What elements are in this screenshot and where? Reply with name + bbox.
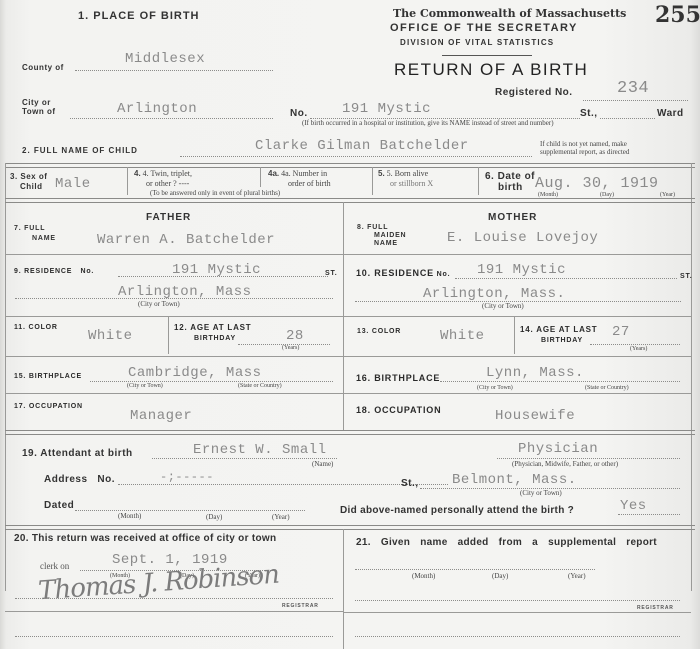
office-title: OFFICE OF THE SECRETARY xyxy=(390,22,578,34)
father-color-value: White xyxy=(88,328,133,344)
order-label: 4a. 4a. Number in order of birth xyxy=(268,169,331,189)
father-occupation-label: 17. OCCUPATION xyxy=(14,403,83,410)
street-no-label: No. xyxy=(290,108,308,119)
attendant-address-no: -;----- xyxy=(160,470,214,484)
mother-birthplace-label: 16. BIRTHPLACE xyxy=(356,373,440,383)
mother-name-value: E. Louise Lovejoy xyxy=(447,230,598,246)
registered-number: 234 xyxy=(617,79,649,98)
mother-age-label: 14. AGE AT LAST BIRTHDAY xyxy=(520,324,598,346)
city-label: City or Town of xyxy=(22,98,56,116)
mother-occupation-value: Housewife xyxy=(495,408,575,424)
attend-question: Did above-named personally attend the bi… xyxy=(340,505,574,516)
registrar-label-21: REGISTRAR xyxy=(637,605,674,611)
birth-address-value: 191 Mystic xyxy=(342,101,431,117)
county-label: County of xyxy=(22,63,64,72)
sex-value: Male xyxy=(55,176,91,192)
father-heading: FATHER xyxy=(146,212,191,223)
ward-label: Ward xyxy=(657,108,684,119)
father-name-value: Warren A. Batchelder xyxy=(97,232,275,248)
plural-births-note: (To be answered only in event of plural … xyxy=(150,189,280,197)
mother-occupation-label: 18. OCCUPATION xyxy=(356,405,441,415)
dob-label: 6. Date of birth xyxy=(485,171,535,193)
birth-certificate-page: 1. PLACE OF BIRTH The Commonwealth of Ma… xyxy=(0,0,700,649)
dob-value: Aug. 30, 1919 xyxy=(535,175,659,192)
mother-color-value: White xyxy=(440,328,485,344)
attendant-city-value: Belmont, Mass. xyxy=(452,472,577,488)
commonwealth-title: The Commonwealth of Massachusetts xyxy=(393,7,626,20)
mother-age-value: 27 xyxy=(612,324,630,340)
twin-label: 4. 4. Twin, triplet, or other ? ---- xyxy=(134,169,192,189)
attend-answer: Yes xyxy=(620,498,647,514)
father-occupation-value: Manager xyxy=(130,408,192,424)
child-name-label: 2. FULL NAME OF CHILD xyxy=(22,146,138,155)
attendant-label: 19. Attendant at birth xyxy=(22,448,133,459)
attendant-type-value: Physician xyxy=(518,441,598,457)
father-residence-street: 191 Mystic xyxy=(172,262,261,278)
registrar-label-20: REGISTRAR xyxy=(282,603,319,609)
mother-residence-city: Arlington, Mass. xyxy=(423,286,565,302)
father-birthplace-value: Cambridge, Mass xyxy=(128,365,262,381)
place-of-birth-heading: 1. PLACE OF BIRTH xyxy=(78,10,200,22)
father-birthplace-label: 15. BIRTHPLACE xyxy=(14,373,82,380)
mother-birthplace-value: Lynn, Mass. xyxy=(486,365,584,381)
hospital-note: (If birth occurred in a hospital or inst… xyxy=(302,119,554,127)
born-alive-value: or stillborn X xyxy=(378,179,433,189)
mother-residence-street: 191 Mystic xyxy=(477,262,566,278)
mother-residence-label: 10. RESIDENCE No. xyxy=(356,268,450,278)
page-number: 255 xyxy=(655,2,700,28)
division-title: DIVISION OF VITAL STATISTICS xyxy=(400,38,554,47)
dated-label: Dated xyxy=(44,500,74,511)
form-title: RETURN OF A BIRTH xyxy=(394,60,588,80)
header-rule xyxy=(442,55,532,56)
received-label: 20. This return was received at office o… xyxy=(14,533,276,544)
mother-color-label: 13. COLOR xyxy=(357,328,401,335)
sex-label: 3. Sex of Child xyxy=(10,172,47,192)
twin-value: ---- xyxy=(179,179,190,188)
father-residence-city: Arlington, Mass xyxy=(118,284,252,300)
clerk-on-label: clerk on xyxy=(40,561,69,571)
mother-heading: MOTHER xyxy=(488,212,537,223)
supplemental-label: 21. Given name added from a supplemental… xyxy=(356,537,657,548)
born-alive-label: 5. 5. Born alive or stillborn X xyxy=(378,169,433,189)
city-value: Arlington xyxy=(117,101,197,117)
mother-name-label: 8. FULL MAIDEN NAME xyxy=(357,224,406,248)
father-age-value: 28 xyxy=(286,328,304,344)
attendant-address-label: Address No. xyxy=(44,474,115,485)
father-residence-label: 9. RESIDENCE No. xyxy=(14,268,94,275)
father-age-label: 12. AGE AT LAST BIRTHDAY xyxy=(174,322,252,344)
father-color-label: 11. COLOR xyxy=(14,324,58,331)
child-name-value: Clarke Gilman Batchelder xyxy=(255,138,469,154)
child-name-note: If child is not yet named, make suppleme… xyxy=(540,140,629,156)
county-value: Middlesex xyxy=(125,51,205,67)
father-name-label: 7. FULL NAME xyxy=(14,224,56,244)
street-label: St., xyxy=(580,108,598,119)
attendant-name-value: Ernest W. Small xyxy=(193,442,327,458)
registered-label: Registered No. xyxy=(495,87,573,98)
attendant-street-label: St., xyxy=(401,478,419,489)
